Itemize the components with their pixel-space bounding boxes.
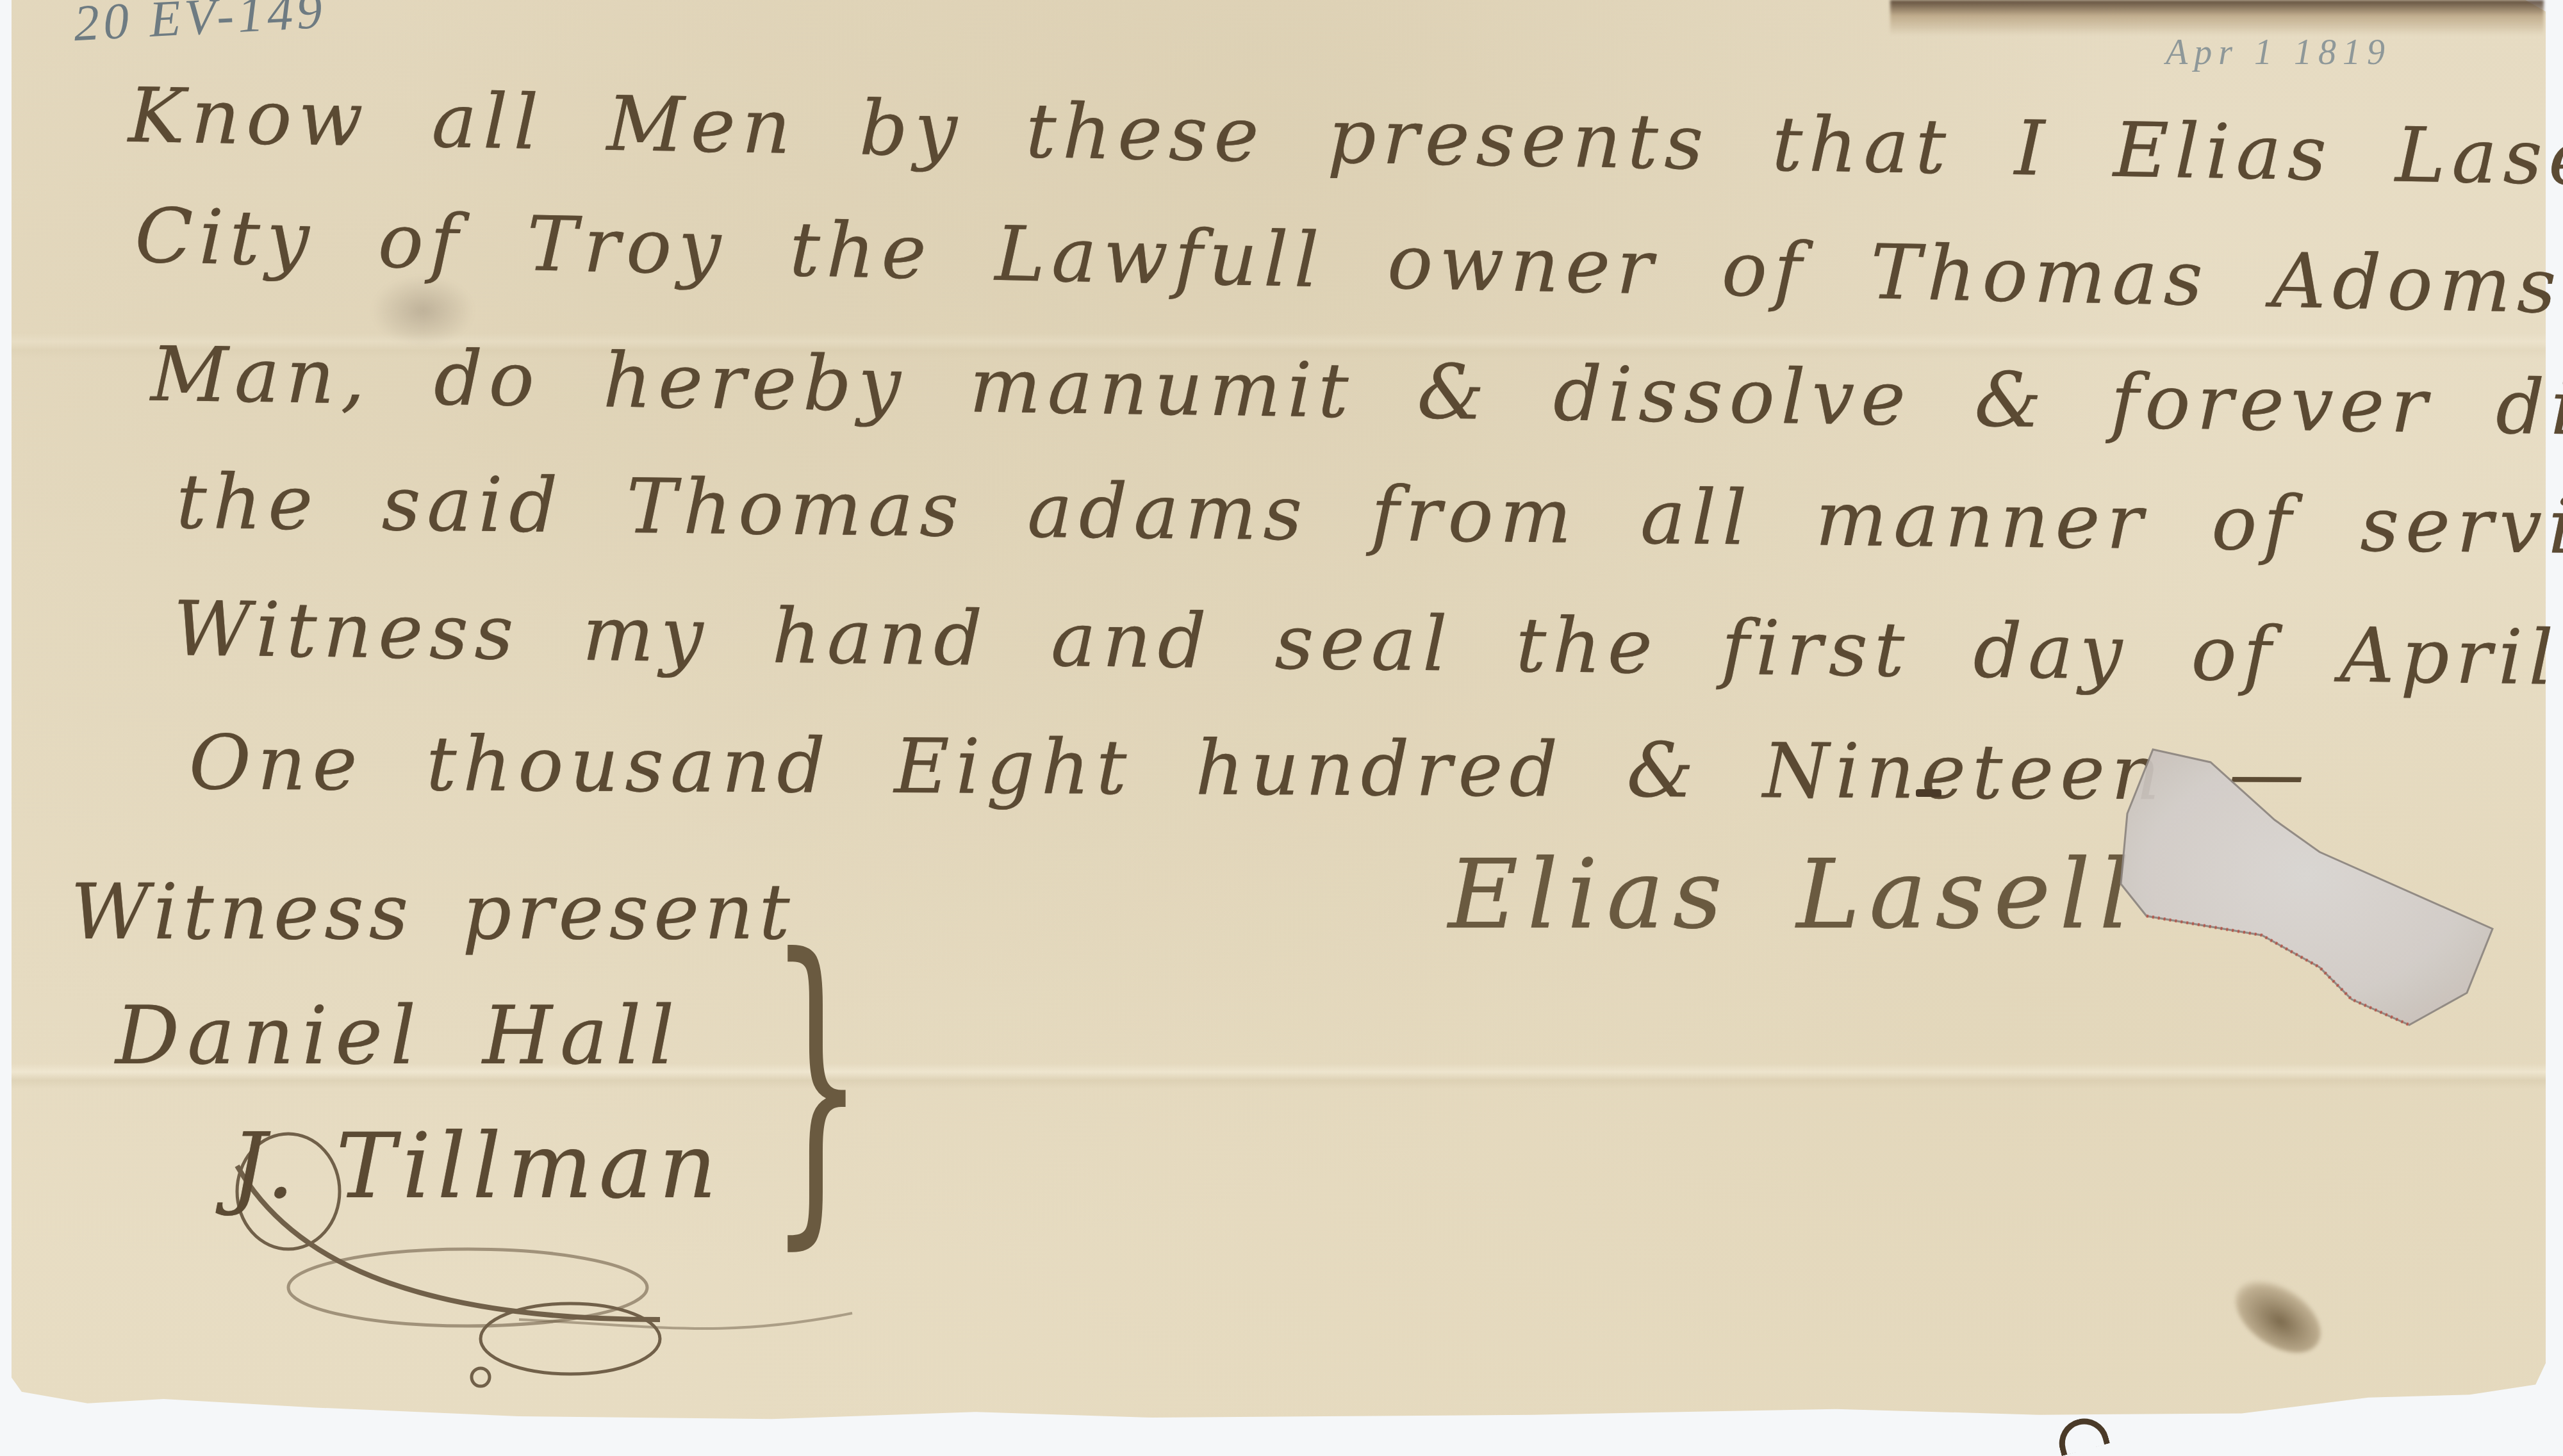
signature-flourish-icon xyxy=(211,1127,884,1396)
principal-signature: Elias Lasell xyxy=(1448,839,2139,951)
top-edge-stain xyxy=(1890,0,2544,35)
paper-seal-icon xyxy=(2108,724,2525,1031)
scanned-document: 20 EV-149 Apr 1 1819 Know all Men by the… xyxy=(0,0,2563,1456)
date-annotation: Apr 1 1819 xyxy=(2166,32,2391,73)
witness-label: Witness present xyxy=(70,868,795,957)
witness-signature-1: Daniel Hall xyxy=(115,990,682,1083)
body-line-6: One thousand Eight hundred & Nineteen — xyxy=(189,718,2311,817)
edge-ink-mark xyxy=(2054,1413,2110,1456)
ink-dash xyxy=(1916,789,1941,797)
